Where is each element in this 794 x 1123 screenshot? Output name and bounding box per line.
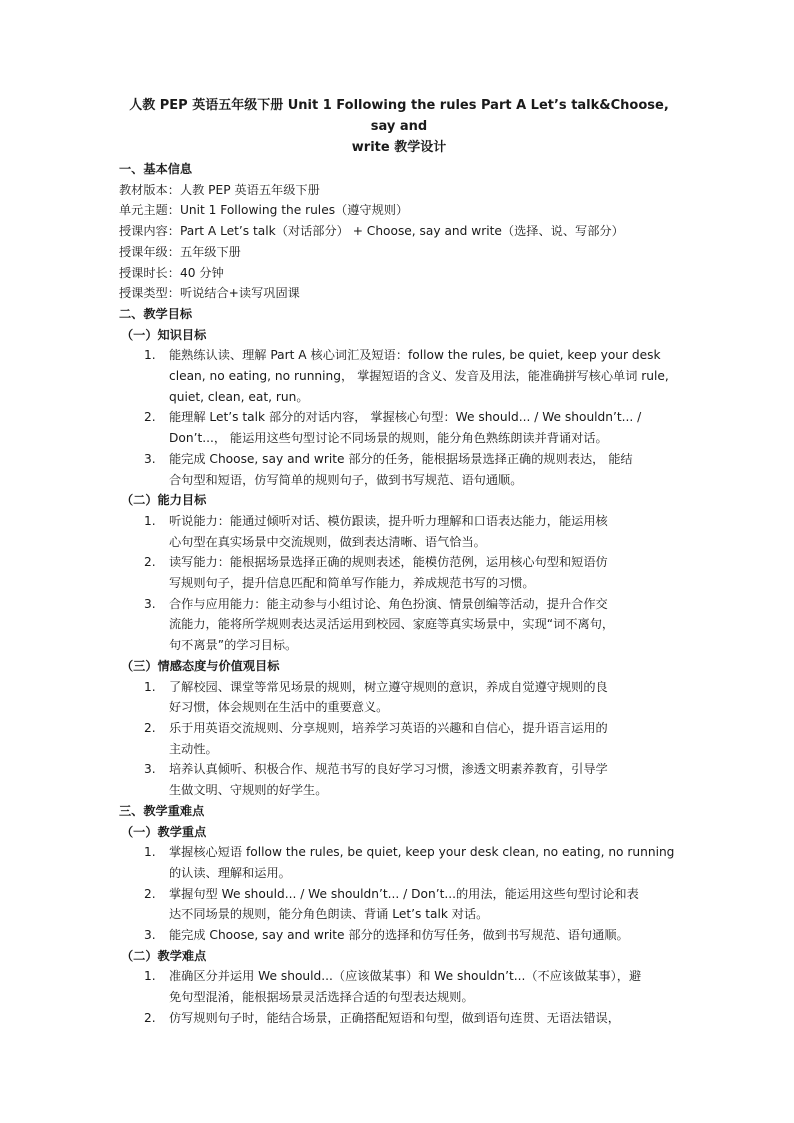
- section-objectives-heading: 二、教学目标: [119, 304, 679, 325]
- item-line: 的认读、理解和运用。: [169, 863, 679, 884]
- item-line: 仿写规则句子时，能结合场景，正确搭配短语和句型，做到语句连贯、无语法错误，: [169, 1008, 679, 1029]
- field-value: Unit 1 Following the rules（遵守规则）: [180, 203, 408, 217]
- ability-objectives-heading: （二）能力目标: [119, 490, 679, 511]
- item-number: 2.: [144, 718, 156, 739]
- field-lesson-content: 授课内容：Part A Let’s talk（对话部分） + Choose, s…: [119, 221, 679, 242]
- item-number: 2.: [144, 552, 156, 573]
- item-number: 3.: [144, 594, 156, 615]
- item-number: 2.: [144, 407, 156, 428]
- list-item: 3.合作与应用能力：能主动参与小组讨论、角色扮演、情景创编等活动，提升合作交流能…: [119, 594, 679, 656]
- item-line: 掌握核心短语 follow the rules, be quiet, keep …: [169, 842, 679, 863]
- field-lesson-type: 授课类型：听说结合+读写巩固课: [119, 283, 679, 304]
- difficult-points-heading: （二）教学难点: [119, 946, 679, 967]
- item-line: 合作与应用能力：能主动参与小组讨论、角色扮演、情景创编等活动，提升合作交: [169, 594, 679, 615]
- list-item: 2.乐于用英语交流规则、分享规则，培养学习英语的兴趣和自信心，提升语言运用的主动…: [119, 718, 679, 759]
- field-value: 人教 PEP 英语五年级下册: [180, 183, 320, 197]
- values-objectives-heading: （三）情感态度与价值观目标: [119, 656, 679, 677]
- item-number: 1.: [144, 966, 156, 987]
- list-item: 3.能完成 Choose, say and write 部分的任务，能根据场景选…: [119, 449, 679, 490]
- item-line: 读写能力：能根据场景选择正确的规则表述，能模仿范例，运用核心句型和短语仿: [169, 552, 679, 573]
- knowledge-objectives-heading: （一）知识目标: [119, 325, 679, 346]
- item-number: 3.: [144, 925, 156, 946]
- key-points-heading: （一）教学重点: [119, 822, 679, 843]
- item-line: 心句型在真实场景中交流规则，做到表达清晰、语气恰当。: [169, 532, 679, 553]
- item-line: 好习惯，体会规则在生活中的重要意义。: [169, 697, 679, 718]
- item-number: 2.: [144, 1008, 156, 1029]
- field-duration: 授课时长：40 分钟: [119, 263, 679, 284]
- field-value: Part A Let’s talk（对话部分） + Choose, say an…: [180, 224, 624, 238]
- field-textbook-version: 教材版本：人教 PEP 英语五年级下册: [119, 180, 679, 201]
- item-number: 1.: [144, 677, 156, 698]
- item-line: 句不离景”的学习目标。: [169, 635, 679, 656]
- field-label: 授课时长：: [119, 266, 180, 280]
- item-line: 培养认真倾听、积极合作、规范书写的良好学习习惯，渗透文明素养教育，引导学: [169, 759, 679, 780]
- field-value: 40 分钟: [180, 266, 224, 280]
- title-line-2: write 教学设计: [119, 137, 679, 158]
- item-number: 1.: [144, 345, 156, 366]
- list-item: 2.掌握句型 We should... / We shouldn’t... / …: [119, 884, 679, 925]
- title-line-1: 人教 PEP 英语五年级下册 Unit 1 Following the rule…: [119, 95, 679, 137]
- list-item: 1.能熟练认读、理解 Part A 核心词汇及短语：follow the rul…: [119, 345, 679, 407]
- item-line: 掌握句型 We should... / We shouldn’t... / Do…: [169, 884, 679, 905]
- item-line: 听说能力：能通过倾听对话、模仿跟读，提升听力理解和口语表达能力，能运用核: [169, 511, 679, 532]
- list-item: 1.掌握核心短语 follow the rules, be quiet, kee…: [119, 842, 679, 883]
- item-line: 主动性。: [169, 739, 679, 760]
- item-line: 生做文明、守规则的好学生。: [169, 780, 679, 801]
- list-item: 1.听说能力：能通过倾听对话、模仿跟读，提升听力理解和口语表达能力，能运用核心句…: [119, 511, 679, 552]
- list-item: 3.能完成 Choose, say and write 部分的选择和仿写任务，做…: [119, 925, 679, 946]
- item-line: 达不同场景的规则，能分角色朗读、背诵 Let’s talk 对话。: [169, 904, 679, 925]
- item-line: 乐于用英语交流规则、分享规则，培养学习英语的兴趣和自信心，提升语言运用的: [169, 718, 679, 739]
- item-number: 3.: [144, 449, 156, 470]
- list-item: 2.读写能力：能根据场景选择正确的规则表述，能模仿范例，运用核心句型和短语仿写规…: [119, 552, 679, 593]
- document-page: 人教 PEP 英语五年级下册 Unit 1 Following the rule…: [119, 95, 679, 1029]
- field-label: 授课年级：: [119, 245, 180, 259]
- item-number: 1.: [144, 511, 156, 532]
- item-number: 3.: [144, 759, 156, 780]
- field-label: 授课内容：: [119, 224, 180, 238]
- item-line: 能完成 Choose, say and write 部分的选择和仿写任务，做到书…: [169, 925, 679, 946]
- item-line: quiet, clean, eat, run。: [169, 387, 679, 408]
- item-line: Don’t...， 能运用这些句型讨论不同场景的规则，能分角色熟练朗读并背诵对话…: [169, 428, 679, 449]
- item-line: 免句型混淆，能根据场景灵活选择合适的句型表达规则。: [169, 987, 679, 1008]
- item-line: clean, no eating, no running， 掌握短语的含义、发音…: [169, 366, 679, 387]
- item-line: 合句型和短语，仿写简单的规则句子，做到书写规范、语句通顺。: [169, 470, 679, 491]
- basic-info-fields: 教材版本：人教 PEP 英语五年级下册 单元主题：Unit 1 Followin…: [119, 180, 679, 304]
- item-line: 能理解 Let’s talk 部分的对话内容， 掌握核心句型：We should…: [169, 407, 679, 428]
- item-number: 2.: [144, 884, 156, 905]
- field-label: 教材版本：: [119, 183, 180, 197]
- list-item: 3.培养认真倾听、积极合作、规范书写的良好学习习惯，渗透文明素养教育，引导学生做…: [119, 759, 679, 800]
- section-key-difficult-heading: 三、教学重难点: [119, 801, 679, 822]
- list-item: 1.准确区分并运用 We should...（应该做某事）和 We should…: [119, 966, 679, 1007]
- field-label: 授课类型：: [119, 286, 180, 300]
- item-line: 能完成 Choose, say and write 部分的任务，能根据场景选择正…: [169, 449, 679, 470]
- field-grade: 授课年级：五年级下册: [119, 242, 679, 263]
- item-number: 1.: [144, 842, 156, 863]
- list-item: 1.了解校园、课堂等常见场景的规则，树立遵守规则的意识，养成自觉遵守规则的良好习…: [119, 677, 679, 718]
- field-value: 五年级下册: [180, 245, 241, 259]
- section-basic-info-heading: 一、基本信息: [119, 159, 679, 180]
- list-item: 2.能理解 Let’s talk 部分的对话内容， 掌握核心句型：We shou…: [119, 407, 679, 448]
- list-item: 2.仿写规则句子时，能结合场景，正确搭配短语和句型，做到语句连贯、无语法错误，: [119, 1008, 679, 1029]
- field-label: 单元主题：: [119, 203, 180, 217]
- field-value: 听说结合+读写巩固课: [180, 286, 300, 300]
- item-line: 写规则句子，提升信息匹配和简单写作能力，养成规范书写的习惯。: [169, 573, 679, 594]
- item-line: 准确区分并运用 We should...（应该做某事）和 We shouldn’…: [169, 966, 679, 987]
- item-line: 流能力，能将所学规则表达灵活运用到校园、家庭等真实场景中，实现“词不离句，: [169, 614, 679, 635]
- field-unit-theme: 单元主题：Unit 1 Following the rules（遵守规则）: [119, 200, 679, 221]
- document-title: 人教 PEP 英语五年级下册 Unit 1 Following the rule…: [119, 95, 679, 158]
- item-line: 能熟练认读、理解 Part A 核心词汇及短语：follow the rules…: [169, 345, 679, 366]
- item-line: 了解校园、课堂等常见场景的规则，树立遵守规则的意识，养成自觉遵守规则的良: [169, 677, 679, 698]
